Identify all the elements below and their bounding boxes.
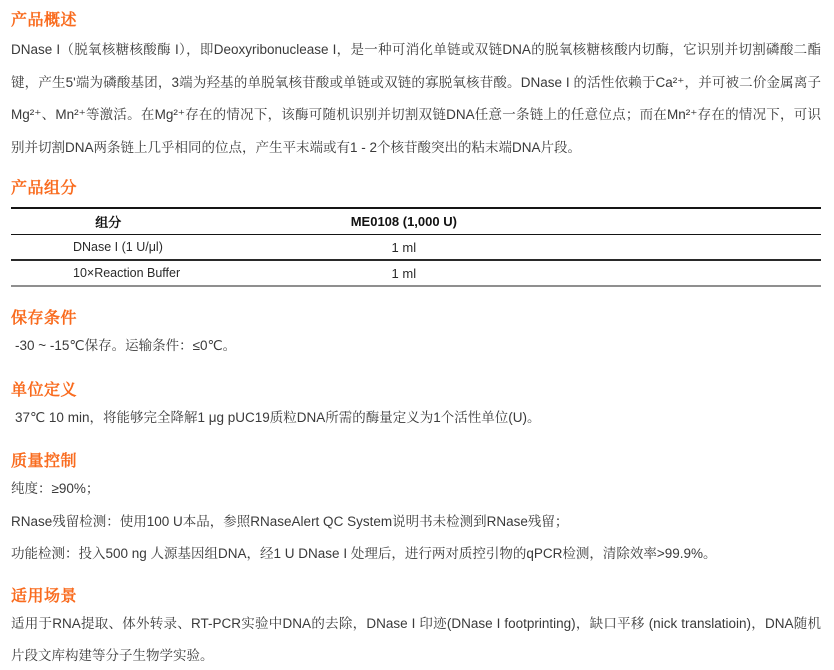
section-storage: 保存条件 -30 ~ -15℃保存。运输条件：≤0℃。	[11, 308, 821, 363]
table-row: DNase I (1 U/μl) 1 ml	[11, 235, 821, 261]
storage-text: -30 ~ -15℃保存。运输条件：≤0℃。	[11, 330, 821, 363]
qc-purity-text: 纯度：≥90%；	[11, 473, 821, 506]
section-components: 产品组分 组分 ME0108 (1,000 U) DNase I (1 U/μl…	[11, 178, 821, 287]
component-name-cell: DNase I (1 U/μl)	[11, 235, 205, 261]
unit-definition-text: 37℃ 10 min，将能够完全降解1 μg pUC19质粒DNA所需的酶量定义…	[11, 402, 821, 435]
section-applications: 适用场景 适用于RNA提取、体外转录、RT-PCR实验中DNA的去除，DNase…	[11, 586, 821, 670]
unit-definition-heading: 单位定义	[11, 380, 821, 402]
section-overview: 产品概述 DNase I（脱氧核糖核酸酶 I），即Deoxyribonuclea…	[11, 10, 821, 164]
overview-text: DNase I（脱氧核糖核酸酶 I），即Deoxyribonuclease I，…	[11, 34, 821, 164]
table-row: 10×Reaction Buffer 1 ml	[11, 260, 821, 286]
section-quality-control: 质量控制 纯度：≥90%； RNase残留检测：使用100 U本品，参照RNas…	[11, 451, 821, 571]
storage-heading: 保存条件	[11, 308, 821, 330]
components-table: 组分 ME0108 (1,000 U) DNase I (1 U/μl) 1 m…	[11, 207, 821, 287]
components-heading: 产品组分	[11, 178, 821, 200]
applications-text: 适用于RNA提取、体外转录、RT-PCR实验中DNA的去除，DNase I 印迹…	[11, 608, 821, 670]
component-amount-cell: 1 ml	[205, 260, 602, 286]
components-header-cell-empty	[602, 208, 821, 235]
qc-rnase-text: RNase残留检测：使用100 U本品，参照RNaseAlert QC Syst…	[11, 506, 821, 539]
components-header-row: 组分 ME0108 (1,000 U)	[11, 208, 821, 235]
overview-heading: 产品概述	[11, 10, 821, 32]
components-header-cell-catalog: ME0108 (1,000 U)	[205, 208, 602, 235]
qc-function-text: 功能检测：投入500 ng 人源基因组DNA，经1 U DNase I 处理后，…	[11, 538, 821, 571]
component-name-cell: 10×Reaction Buffer	[11, 260, 205, 286]
datasheet-page: 产品概述 DNase I（脱氧核糖核酸酶 I），即Deoxyribonuclea…	[0, 0, 834, 670]
component-amount-cell: 1 ml	[205, 235, 602, 261]
section-unit-definition: 单位定义 37℃ 10 min，将能够完全降解1 μg pUC19质粒DNA所需…	[11, 380, 821, 435]
quality-control-heading: 质量控制	[11, 451, 821, 473]
applications-heading: 适用场景	[11, 586, 821, 608]
components-header-cell-name: 组分	[11, 208, 205, 235]
